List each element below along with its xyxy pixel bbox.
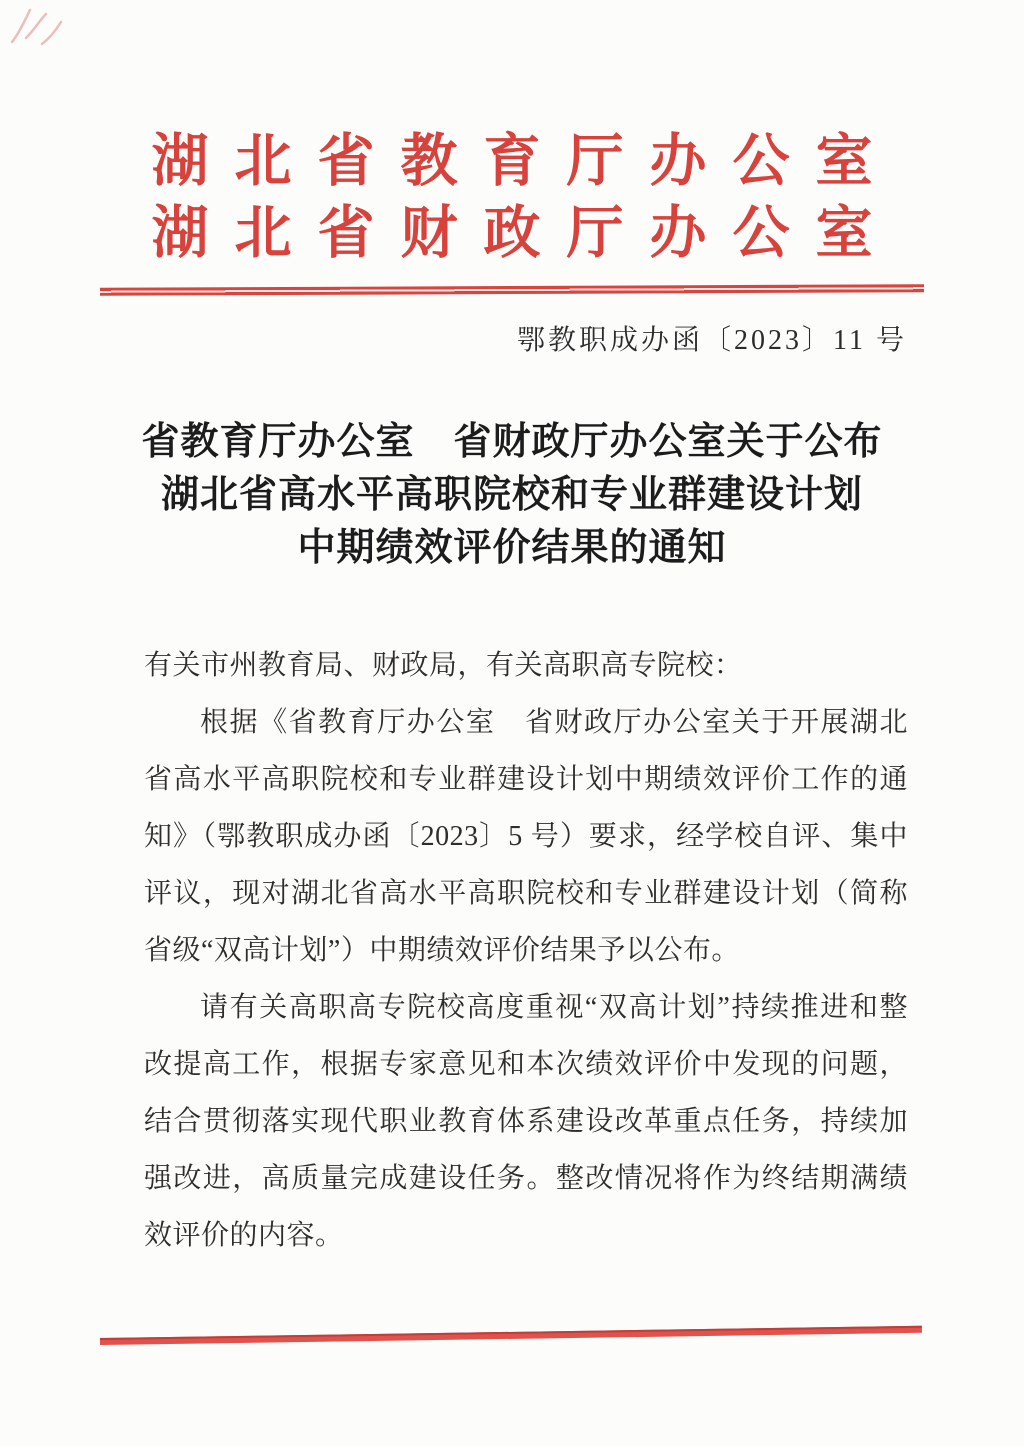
red-pen-scribble-icon [6,4,76,54]
body-paragraph-2: 请有关高职高专院校高度重视“双高计划”持续推进和整改提高工作，根据专家意见和本次… [144,979,908,1264]
document-page: 湖北省教育厅办公室 湖北省财政厅办公室 鄂教职成办函〔2023〕11 号 省教育… [0,0,1024,1446]
letterhead: 湖北省教育厅办公室 湖北省财政厅办公室 [0,0,1024,270]
title-line-2: 湖北省高水平高职院校和专业群建设计划 [0,469,1024,522]
document-number: 鄂教职成办函〔2023〕11 号 [200,324,1024,358]
footer-divider-line [100,1326,922,1345]
letterhead-divider-line [100,284,924,296]
letterhead-org-line-2: 湖北省财政厅办公室 [0,198,1024,270]
title-line-1: 省教育厅办公室 省财政厅办公室关于公布 [0,416,1024,469]
letterhead-org-line-1: 湖北省教育厅办公室 [0,126,1024,198]
document-body: 有关市州教育局、财政局，有关高职高专院校： 根据《省教育厅办公室 省财政厅办公室… [144,637,908,1264]
body-paragraph-1: 根据《省教育厅办公室 省财政厅办公室关于开展湖北省高水平高职院校和专业群建设计划… [144,694,908,979]
title-line-3: 中期绩效评价结果的通知 [0,522,1024,575]
salutation: 有关市州教育局、财政局，有关高职高专院校： [144,637,908,694]
document-title: 省教育厅办公室 省财政厅办公室关于公布 湖北省高水平高职院校和专业群建设计划 中… [0,416,1024,575]
